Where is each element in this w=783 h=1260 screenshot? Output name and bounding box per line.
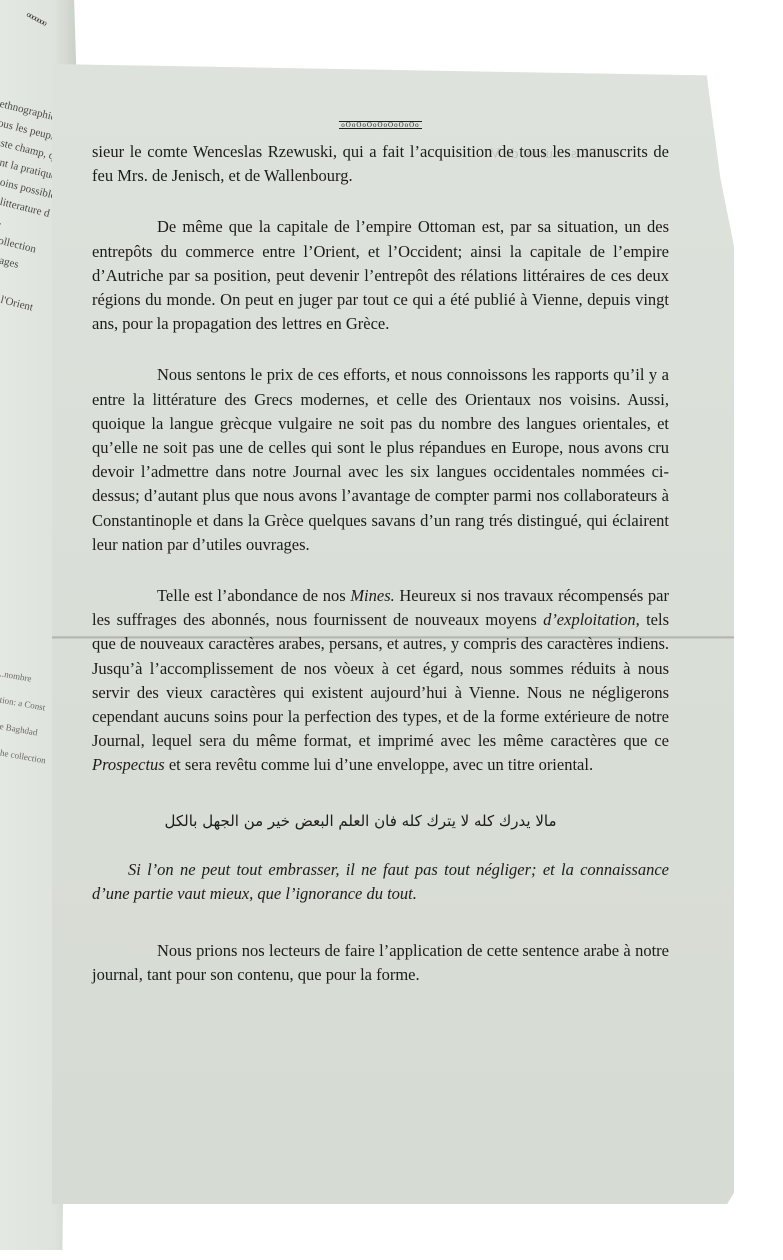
previous-page-ornament: ooooooo [25, 10, 48, 28]
page-body: oOoOoOoOoOoOoOo sieur le comte Wenceslas… [92, 116, 669, 987]
paragraph-continuation: sieur le comte Wenceslas Rzewuski, qui a… [92, 140, 669, 188]
text-run: et sera revêtu comme lui d’une enveloppe… [165, 755, 593, 774]
text-run: Telle est l’abondance de nos [157, 586, 350, 605]
paragraph-ottoman-empire: De même que la capitale de l’empire Otto… [92, 215, 669, 336]
italic-mines: Mines. [350, 586, 394, 605]
text-run: , tels que de nouveaux caractères arabes… [92, 610, 669, 750]
header-ornament: oOoOoOoOoOoOoOo [92, 116, 669, 140]
proverb-translation: Si l’on ne peut tout embrasser, il ne fa… [92, 858, 669, 906]
paragraph-closing: Nous prions nos lecteurs de faire l’appl… [92, 939, 669, 987]
arabic-proverb: مالا يدرك كله لا يترك كله فان العلم البع… [92, 809, 669, 833]
paragraph-typefaces: Telle est l’abondance de nos Mines. Heur… [92, 584, 669, 778]
italic-prospectus: Prospectus [92, 755, 165, 774]
ornament-band: oOoOoOoOoOoOoOo [339, 121, 421, 129]
italic-exploitation: d’exploitation [543, 610, 636, 629]
paragraph-greek-literature: Nous sentons le prix de ces efforts, et … [92, 363, 669, 557]
